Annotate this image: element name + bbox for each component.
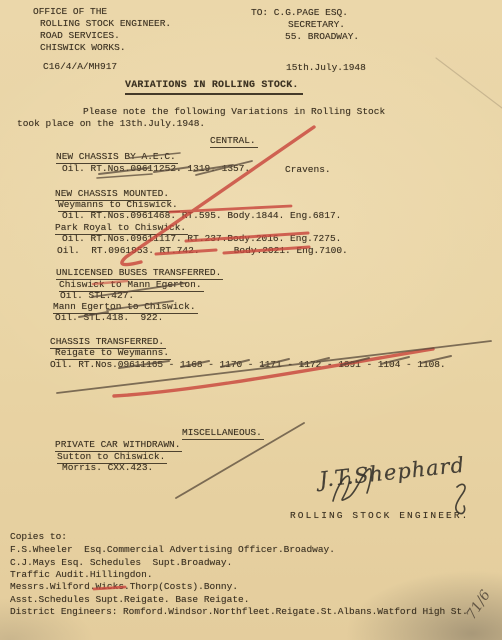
corner-pencil-note: 71/6 — [463, 587, 494, 622]
recipient-line: SECRETARY. — [288, 20, 345, 30]
stock-note: Cravens. — [285, 165, 331, 175]
stock-line: Oil. RT.Nos.09611165 - 1168 - 1170 - 117… — [50, 360, 446, 370]
letter-title: VARIATIONS IN ROLLING STOCK. — [125, 81, 303, 95]
stock-line: Oil. RT.0961953. RT.742. Body.2021. Eng.… — [57, 246, 348, 256]
typewritten-letter: OFFICE OF THE ROLLING STOCK ENGINEER. RO… — [0, 0, 502, 640]
recipient-line: 55. BROADWAY. — [285, 32, 359, 42]
copies-item: C.J.Mays Esq. Schedules Supt.Broadway. — [10, 558, 232, 568]
intro-line: took place on the 13th.July.1948. — [17, 119, 205, 129]
copies-item: Traffic Audit.Hillingdon. — [10, 570, 153, 580]
office-line: ROAD SERVICES. — [40, 31, 120, 41]
letter-date: 15th.July.1948 — [286, 63, 366, 73]
pencil-crease — [436, 58, 502, 108]
copies-item: Asst.Schedules Supt.Reigate. Base Reigat… — [10, 595, 249, 605]
stock-line: Oil. RT.Nos.0961468. RT.595. Body.1844. … — [62, 211, 341, 221]
office-line: ROLLING STOCK ENGINEER. — [40, 19, 171, 29]
handwritten-signature: J.T.Shephard — [318, 450, 492, 517]
office-line: CHISWICK WORKS. — [40, 43, 126, 53]
stock-line: Oil. STL.418. 922. — [55, 313, 163, 323]
signature-role: ROLLING STOCK ENGINEER. — [290, 511, 469, 521]
office-line: OFFICE OF THE — [33, 7, 107, 17]
copies-item: F.S.Wheeler Esq.Commercial Advertising O… — [10, 545, 335, 555]
stock-line: Oil. RT.Nos.09611117. RT.237.Body.2016. … — [62, 234, 341, 244]
stock-line: Morris. CXX.423. — [62, 463, 153, 473]
intro-line: Please note the following Variations in … — [83, 107, 385, 117]
copies-item: Messrs.Wilford.Wicks.Thorp(Costs).Bonny. — [10, 582, 238, 592]
reference-number: C16/4/A/MH917 — [43, 62, 117, 72]
pencil-strike — [97, 174, 152, 178]
section-heading-miscellaneous: MISCELLANEOUS. — [182, 428, 264, 440]
copies-item: District Engineers: Romford.Windsor.Nort… — [10, 607, 468, 617]
recipient-line: TO: C.G.PAGE ESQ. — [251, 8, 348, 18]
section-heading-central: CENTRAL. — [210, 136, 258, 148]
stock-line: Oil. STL.427. — [60, 291, 134, 301]
copies-label: Copies to: — [10, 532, 67, 542]
stock-line: Oil. RT.Nos.09611252. 1319. 1357. — [62, 164, 250, 174]
